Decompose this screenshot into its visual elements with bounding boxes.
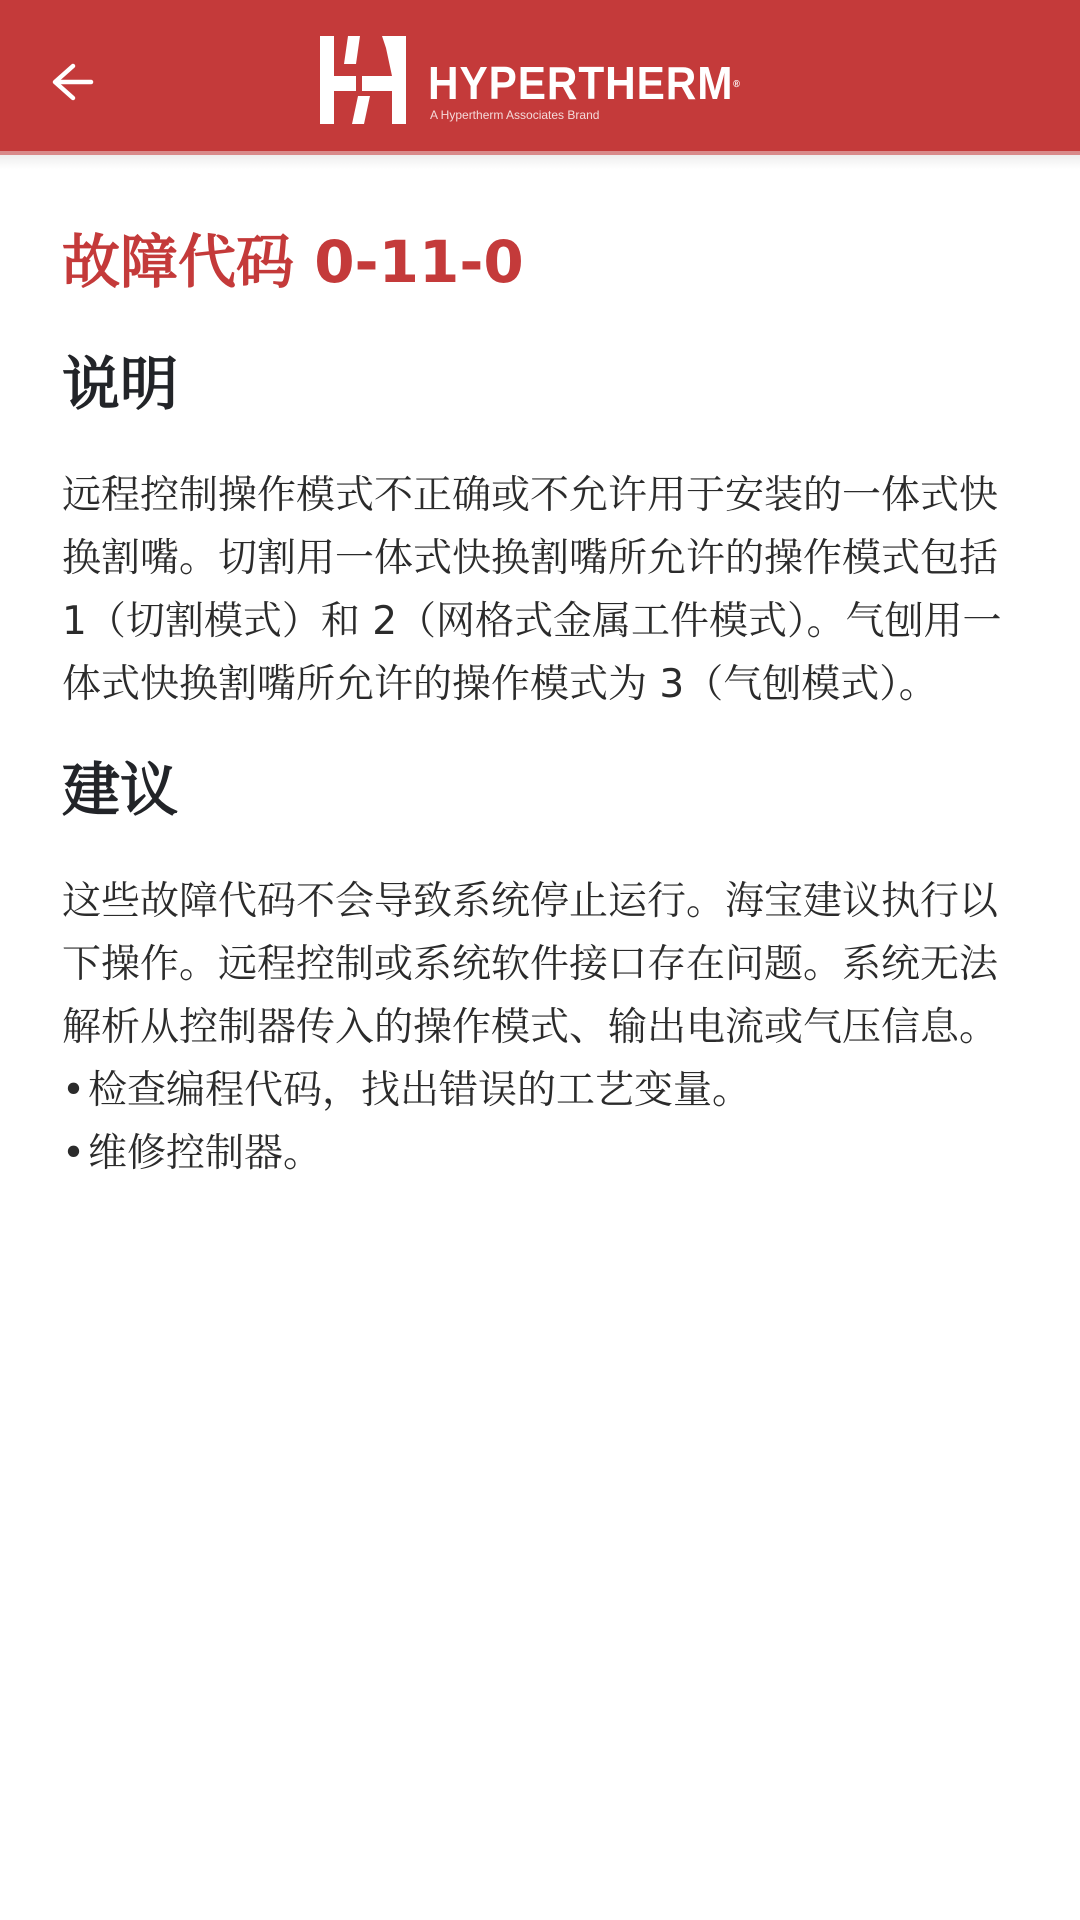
list-item: • 维修控制器。 bbox=[62, 1122, 1022, 1185]
list-item-text: 检查编程代码，找出错误的工艺变量。 bbox=[88, 1059, 751, 1122]
list-item-text: 维修控制器。 bbox=[88, 1122, 322, 1185]
fault-code-content: 故障代码 0-11-0 说明 远程控制操作模式不正确或不允许用于安装的一体式快换… bbox=[62, 222, 1022, 1185]
hypertherm-h-logo-icon bbox=[320, 36, 406, 124]
recommendation-section: 建议 这些故障代码不会导致系统停止运行。海宝建议执行以下操作。远程控制或系统软件… bbox=[62, 750, 1022, 1185]
brand-name: HYPERTHERM® bbox=[428, 60, 733, 106]
arrow-left-icon bbox=[49, 62, 95, 102]
app-header: HYPERTHERM® A Hypertherm Associates Bran… bbox=[0, 0, 1080, 155]
registered-mark: ® bbox=[733, 62, 741, 108]
brand-tagline: A Hypertherm Associates Brand bbox=[430, 108, 760, 122]
description-text: 远程控制操作模式不正确或不允许用于安装的一体式快换割嘴。切割用一体式快换割嘴所允… bbox=[62, 464, 1022, 716]
logo-text: HYPERTHERM® A Hypertherm Associates Bran… bbox=[428, 36, 760, 122]
bullet-icon: • bbox=[62, 1122, 88, 1185]
brand-name-text: HYPERTHERM bbox=[428, 57, 733, 109]
description-section: 说明 远程控制操作模式不正确或不允许用于安装的一体式快换割嘴。切割用一体式快换割… bbox=[62, 344, 1022, 716]
recommendation-bullet-list: • 检查编程代码，找出错误的工艺变量。 • 维修控制器。 bbox=[62, 1059, 1022, 1185]
list-item: • 检查编程代码，找出错误的工艺变量。 bbox=[62, 1059, 1022, 1122]
recommendation-text: 这些故障代码不会导致系统停止运行。海宝建议执行以下操作。远程控制或系统软件接口存… bbox=[62, 870, 1022, 1059]
hypertherm-logo: HYPERTHERM® A Hypertherm Associates Bran… bbox=[320, 36, 760, 124]
description-heading: 说明 bbox=[62, 344, 1022, 424]
header-shadow bbox=[0, 155, 1080, 169]
bullet-icon: • bbox=[62, 1059, 88, 1122]
page-title: 故障代码 0-11-0 bbox=[62, 222, 1022, 302]
recommendation-heading: 建议 bbox=[62, 750, 1022, 830]
back-button[interactable] bbox=[40, 55, 104, 109]
